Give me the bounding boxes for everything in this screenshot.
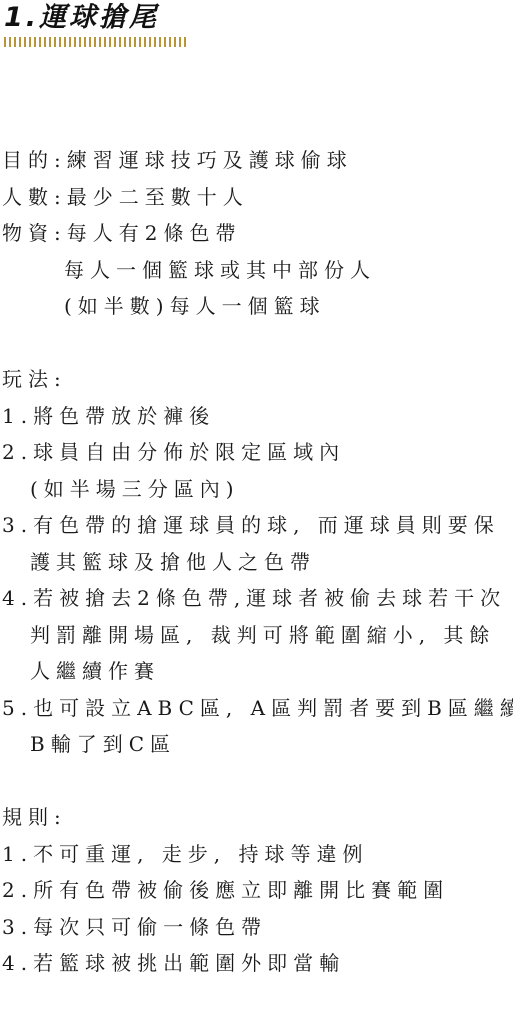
- item-number: 2.: [2, 440, 33, 464]
- item-text: 所有色帶被偷後應立即離開比賽範圍: [33, 878, 449, 902]
- item-number: 4.: [2, 586, 33, 610]
- gameplay-item-1: 1.將色帶放於褲後: [2, 398, 513, 435]
- players-label: 人數:: [2, 185, 67, 209]
- rule-item-1: 1.不可重運, 走步, 持球等違例: [2, 836, 513, 873]
- item-number: 2.: [2, 878, 33, 902]
- materials-line: 物資:每人有2條色帶: [2, 215, 513, 252]
- materials-label: 物資:: [2, 221, 67, 245]
- gameplay-item-3-cont: 護其籃球及搶他人之色帶: [2, 544, 513, 581]
- item-text: 每次只可偷一條色帶: [33, 915, 267, 939]
- item-text: 也可設立ABC區, A區判罰者要到B區繼續,: [33, 696, 513, 720]
- item-text: 不可重運, 走步, 持球等違例: [33, 842, 368, 866]
- section-spacer: [2, 325, 513, 362]
- rules-heading: 規則:: [2, 799, 513, 836]
- item-number: 5.: [2, 696, 33, 720]
- gameplay-item-5: 5.也可設立ABC區, A區判罰者要到B區繼續,: [2, 690, 513, 727]
- item-text: 有色帶的搶運球員的球, 而運球員則要保: [33, 513, 500, 537]
- gameplay-item-2-cont: (如半場三分區內): [2, 471, 513, 508]
- item-number: 4.: [2, 951, 33, 975]
- item-number: 3.: [2, 915, 33, 939]
- gameplay-item-2: 2.球員自由分佈於限定區域內: [2, 434, 513, 471]
- players-text: 最少二至數十人: [67, 185, 249, 209]
- document-body: 目的:練習運球技巧及護球偷球 人數:最少二至數十人 物資:每人有2條色帶 每人一…: [2, 142, 513, 982]
- section-spacer: [2, 763, 513, 800]
- item-text: 將色帶放於褲後: [33, 404, 215, 428]
- page-title: 1.運球搶尾: [4, 2, 187, 34]
- players-line: 人數:最少二至數十人: [2, 179, 513, 216]
- rule-item-4: 4.若籃球被挑出範圍外即當輸: [2, 945, 513, 982]
- materials-text-2: 每人一個籃球或其中部份人: [2, 252, 513, 289]
- title-decorative-underline: [4, 37, 187, 47]
- gameplay-heading: 玩法:: [2, 361, 513, 398]
- item-number: 1.: [2, 404, 33, 428]
- purpose-line: 目的:練習運球技巧及護球偷球: [2, 142, 513, 179]
- materials-text-1: 每人有2條色帶: [67, 221, 242, 245]
- purpose-label: 目的:: [2, 148, 67, 172]
- gameplay-item-4-cont-1: 判罰離開場區, 裁判可將範圍縮小, 其餘: [2, 617, 513, 654]
- item-number: 1.: [2, 842, 33, 866]
- title-block: 1.運球搶尾: [4, 2, 187, 47]
- purpose-text: 練習運球技巧及護球偷球: [67, 148, 353, 172]
- gameplay-item-4-cont-2: 人繼續作賽: [2, 653, 513, 690]
- materials-text-3: (如半數)每人一個籃球: [2, 288, 513, 325]
- item-number: 3.: [2, 513, 33, 537]
- gameplay-item-3: 3.有色帶的搶運球員的球, 而運球員則要保: [2, 507, 513, 544]
- rule-item-2: 2.所有色帶被偷後應立即離開比賽範圍: [2, 872, 513, 909]
- rule-item-3: 3.每次只可偷一條色帶: [2, 909, 513, 946]
- gameplay-item-5-cont: B輸了到C區: [2, 726, 513, 763]
- gameplay-item-4: 4.若被搶去2條色帶,運球者被偷去球若干次: [2, 580, 513, 617]
- item-text: 若籃球被挑出範圍外即當輸: [33, 951, 345, 975]
- item-text: 球員自由分佈於限定區域內: [33, 440, 345, 464]
- item-text: 若被搶去2條色帶,運球者被偷去球若干次: [33, 586, 506, 610]
